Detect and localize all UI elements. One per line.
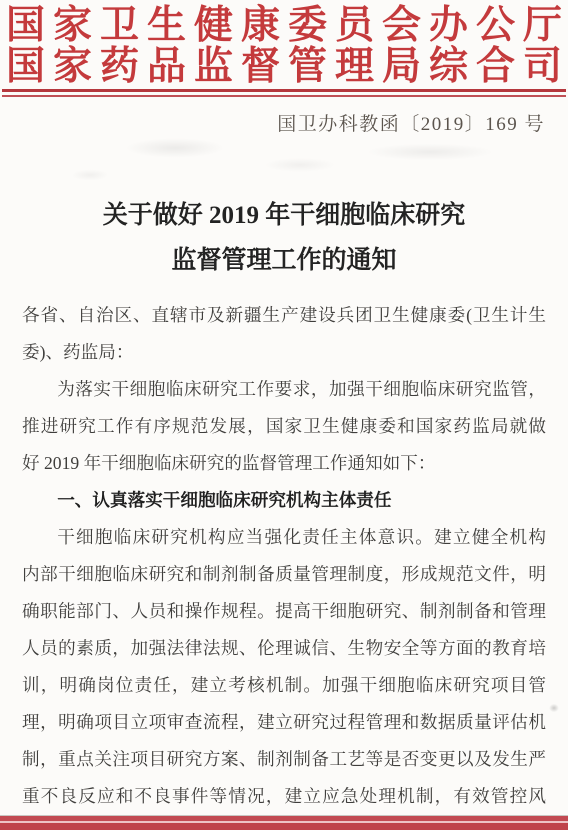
body-line: 训，明确岗位责任，建立考核机制。加强干细胞临床研究项目管	[22, 667, 546, 704]
issuing-org-line-2: 国家药品监督管理局综合司	[0, 46, 568, 87]
body-line: 理，明确项目立项审查流程，建立研究过程管理和数据质量评估机	[22, 704, 546, 741]
body-line: 内部干细胞临床研究和制剂制备质量管理制度，形成规范文件，明	[22, 556, 546, 593]
letterhead-double-rule	[2, 89, 566, 97]
addressee-line: 委)、药监局：	[22, 334, 546, 371]
issuing-org-line-1: 国家卫生健康委员会办公厅	[0, 5, 568, 46]
body-line: 干细胞临床研究机构应当强化责任主体意识。建立健全机构	[22, 519, 546, 556]
body-line: 制，重点关注项目研究方案、制剂制备工艺等是否变更以及发生严	[22, 741, 546, 778]
body-line: 为落实干细胞临床研究工作要求，加强干细胞临床研究监管，	[22, 371, 546, 408]
document-page: 国家卫生健康委员会办公厅 国家药品监督管理局综合司 国卫办科教函〔2019〕16…	[0, 0, 568, 830]
next-page-red-band	[0, 815, 568, 830]
body-line: 好 2019 年干细胞临床研究的监督管理工作通知如下：	[22, 445, 546, 482]
body-line: 重不良反应和不良事件等情况，建立应急处理机制，有效管控风	[22, 778, 546, 815]
document-title-line-1: 关于做好 2019 年干细胞临床研究	[103, 202, 466, 229]
letterhead: 国家卫生健康委员会办公厅 国家药品监督管理局综合司	[0, 0, 568, 97]
document-title-line-2: 监督管理工作的通知	[171, 247, 396, 274]
addressee-line: 各省、自治区、直辖市及新疆生产建设兵团卫生健康委(卫生计生	[22, 297, 546, 334]
document-title: 关于做好 2019 年干细胞临床研究 监督管理工作的通知	[0, 193, 568, 283]
document-body: 各省、自治区、直辖市及新疆生产建设兵团卫生健康委(卫生计生 委)、药监局： 为落…	[0, 297, 568, 815]
rule-thin-line	[2, 95, 566, 97]
document-number: 国卫办科教函〔2019〕169 号	[0, 112, 568, 137]
body-line: 推进研究工作有序规范发展，国家卫生健康委和国家药监局就做	[22, 408, 546, 445]
body-line: 确职能部门、人员和操作规程。提高干细胞研究、制剂制备和管理	[22, 593, 546, 630]
body-line: 人员的素质，加强法律法规、伦理诚信、生物安全等方面的教育培	[22, 630, 546, 667]
section-heading: 一、认真落实干细胞临床研究机构主体责任	[22, 482, 546, 519]
